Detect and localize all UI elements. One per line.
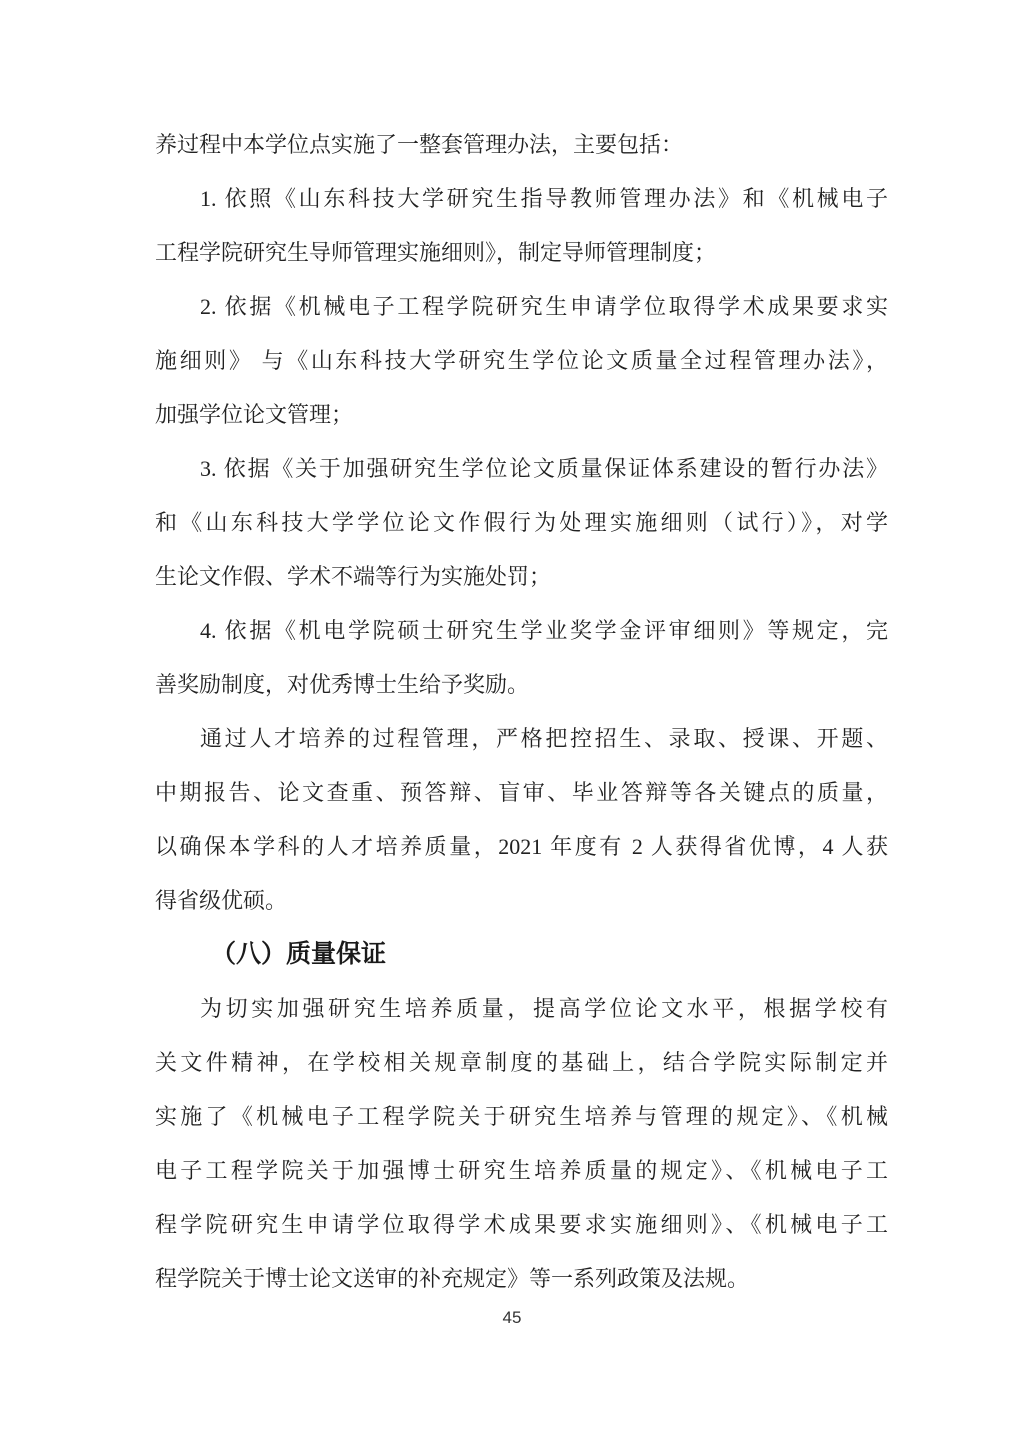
paragraph-line: 得省级优硕。 — [155, 874, 888, 928]
paragraph-line: 电子工程学院关于加强博士研究生培养质量的规定》、《机械电子工 — [155, 1144, 888, 1198]
paragraph-line: 施细则》 与《山东科技大学研究生学位论文质量全过程管理办法》， — [155, 334, 888, 388]
page-number: 45 — [0, 1308, 1024, 1328]
paragraph-line: 为切实加强研究生培养质量，提高学位论文水平，根据学校有 — [155, 982, 888, 1036]
section-heading: （八）质量保证 — [155, 928, 888, 982]
paragraph-line: 关文件精神，在学校相关规章制度的基础上，结合学院实际制定并 — [155, 1036, 888, 1090]
paragraph-line: 程学院关于博士论文送审的补充规定》等一系列政策及法规。 — [155, 1252, 888, 1306]
paragraph-line: 4. 依据《机电学院硕士研究生学业奖学金评审细则》等规定，完 — [155, 604, 888, 658]
paragraph-line: 2. 依据《机械电子工程学院研究生申请学位取得学术成果要求实 — [155, 280, 888, 334]
paragraph-line: 3. 依据《关于加强研究生学位论文质量保证体系建设的暂行办法》 — [155, 442, 888, 496]
paragraph-line: 程学院研究生申请学位取得学术成果要求实施细则》、《机械电子工 — [155, 1198, 888, 1252]
paragraph-line: 中期报告、论文查重、预答辩、盲审、毕业答辩等各关键点的质量， — [155, 766, 888, 820]
paragraph-line: 生论文作假、学术不端等行为实施处罚； — [155, 550, 888, 604]
paragraph-line: 工程学院研究生导师管理实施细则》，制定导师管理制度； — [155, 226, 888, 280]
paragraph-line: 善奖励制度，对优秀博士生给予奖励。 — [155, 658, 888, 712]
paragraph-line: 1. 依照《山东科技大学研究生指导教师管理办法》和《机械电子 — [155, 172, 888, 226]
paragraph-line: 实施了《机械电子工程学院关于研究生培养与管理的规定》、《机械 — [155, 1090, 888, 1144]
document-body-text: 养过程中本学位点实施了一整套管理办法，主要包括： 1. 依照《山东科技大学研究生… — [155, 118, 888, 1306]
paragraph-line: 以确保本学科的人才培养质量，2021 年度有 2 人获得省优博，4 人获 — [155, 820, 888, 874]
paragraph-line: 加强学位论文管理； — [155, 388, 888, 442]
paragraph-line: 养过程中本学位点实施了一整套管理办法，主要包括： — [155, 118, 888, 172]
document-page: 养过程中本学位点实施了一整套管理办法，主要包括： 1. 依照《山东科技大学研究生… — [0, 0, 1024, 1448]
paragraph-line: 通过人才培养的过程管理，严格把控招生、录取、授课、开题、 — [155, 712, 888, 766]
paragraph-line: 和《山东科技大学学位论文作假行为处理实施细则（试行）》，对学 — [155, 496, 888, 550]
